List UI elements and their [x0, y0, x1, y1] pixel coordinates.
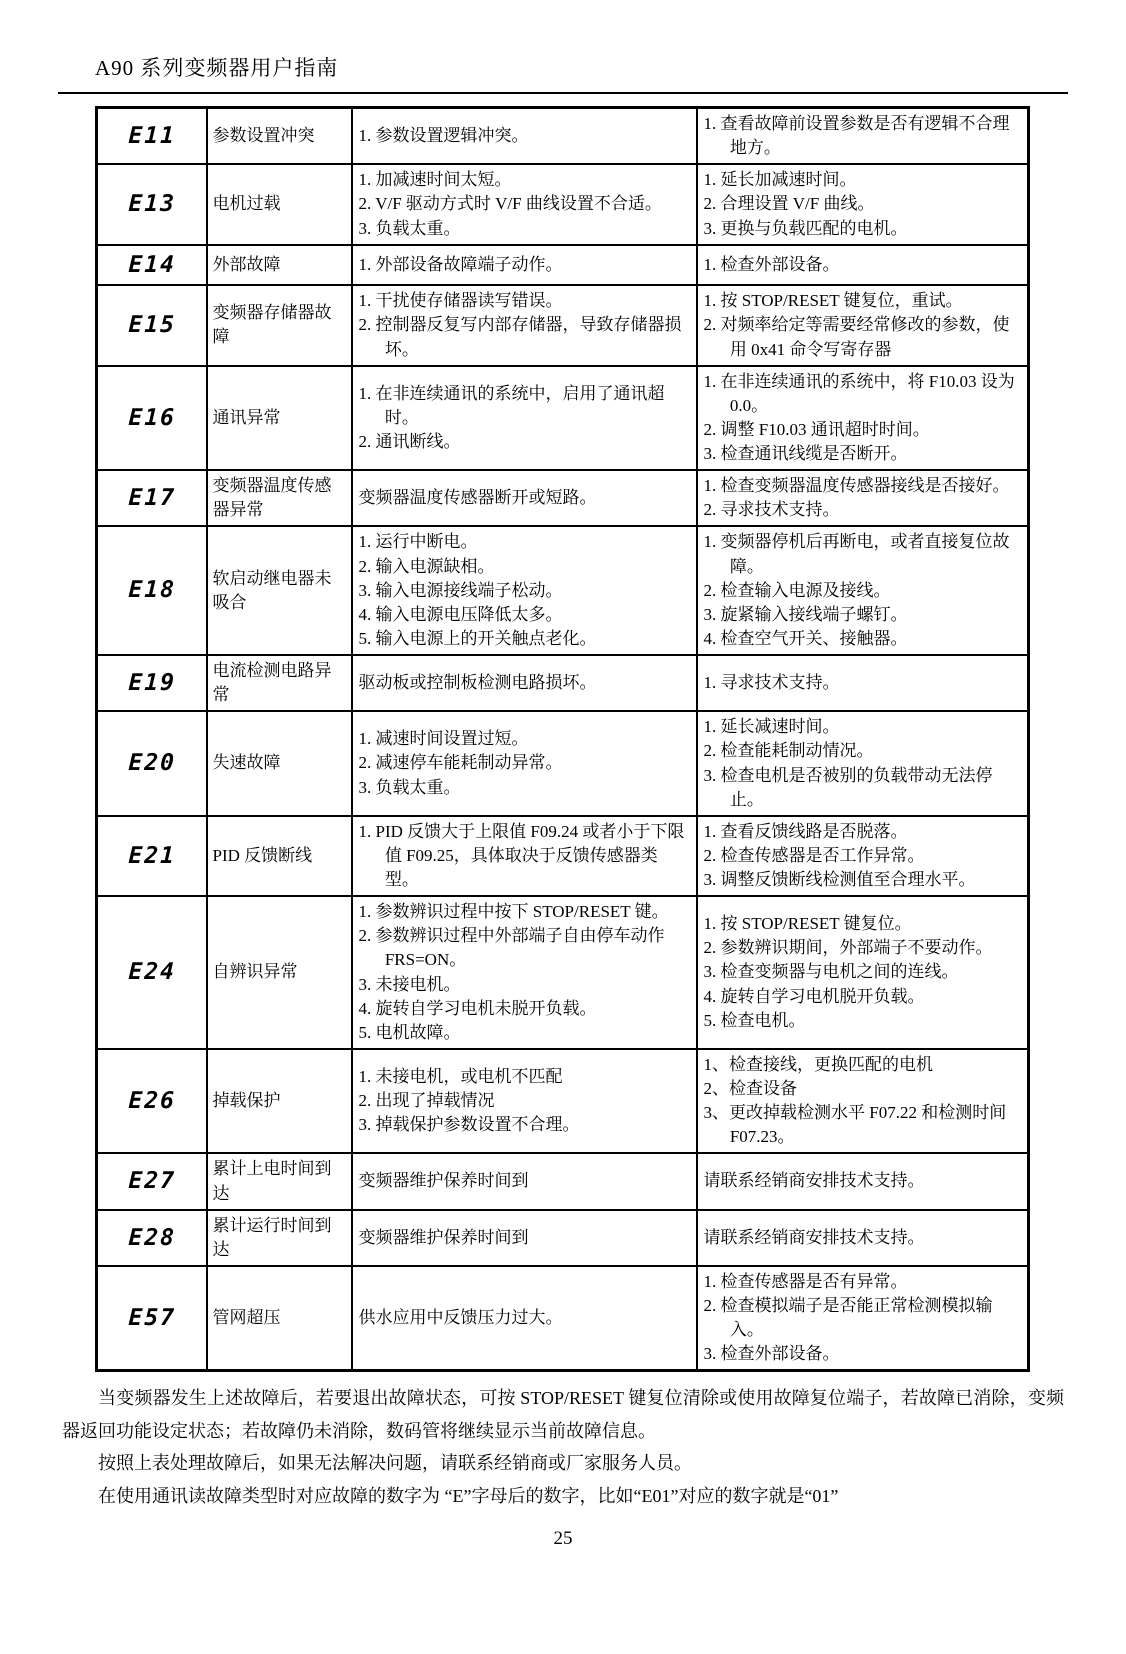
cell-line: 3. 检查电机是否被别的负载带动无法停止。 — [704, 764, 1022, 812]
page-number: 25 — [0, 1528, 1126, 1550]
fault-code: E11 — [96, 108, 208, 165]
fault-code: E21 — [95, 816, 208, 896]
fault-solution: 1. 检查传感器是否有异常。2. 检查模拟端子是否能正常检测模拟输入。3. 检查… — [697, 1266, 1029, 1371]
table-row-e57: E57 管网超压 供水应用中反馈压力过大。 1. 检查传感器是否有异常。2. 检… — [97, 1266, 1029, 1371]
cell-line: 2. 合理设置 V/F 曲线。 — [704, 192, 1022, 216]
cell-line: 1. 减速时间设置过短。 — [359, 727, 690, 751]
table-row-e18: E18 软启动继电器未吸合 1. 运行中断电。2. 输入电源缺相。3. 输入电源… — [97, 526, 1029, 655]
fault-solution: 1. 按 STOP/RESET 键复位。2. 参数辨识期间，外部端子不要动作。3… — [697, 896, 1029, 1049]
fault-cause: 1. 未接电机，或电机不匹配2. 出现了掉载情况3. 掉载保护参数设置不合理。 — [352, 1049, 697, 1154]
cell-line: 2. 参数辨识期间，外部端子不要动作。 — [704, 936, 1022, 960]
table-row-e27: E27 累计上电时间到达 变频器维护保养时间到 请联系经销商安排技术支持。 — [97, 1153, 1029, 1209]
cell-line: 1. 延长减速时间。 — [704, 715, 1022, 739]
cell-line: 3. 调整反馈断线检测值至合理水平。 — [704, 868, 1022, 892]
fault-solution: 1. 延长加减速时间。2. 合理设置 V/F 曲线。3. 更换与负载匹配的电机。 — [697, 164, 1029, 244]
cell-line: 3、更改掉载检测水平 F07.22 和检测时间 F07.23。 — [704, 1101, 1022, 1149]
cell-line: 3. 更换与负载匹配的电机。 — [704, 217, 1022, 241]
cell-line: 供水应用中反馈压力过大。 — [359, 1306, 690, 1330]
cell-line: 2. 输入电源缺相。 — [359, 555, 690, 579]
fault-cause: 1. 参数辨识过程中按下 STOP/RESET 键。2. 参数辨识过程中外部端子… — [352, 896, 697, 1049]
fault-code: E18 — [94, 526, 208, 655]
fault-code: E14 — [96, 245, 207, 286]
cell-line: 1. 参数设置逻辑冲突。 — [359, 124, 690, 148]
cell-line: 2. 控制器反复写内部存储器，导致存储器损坏。 — [359, 313, 690, 361]
cell-line: 驱动板或控制板检测电路损坏。 — [359, 671, 690, 695]
fault-name: 变频器温度传感器异常 — [207, 470, 352, 526]
cell-line: 3. 检查通讯线缆是否断开。 — [704, 442, 1022, 466]
fault-name: 通讯异常 — [207, 366, 352, 471]
cell-line: 1. 检查传感器是否有异常。 — [704, 1270, 1022, 1294]
cell-line: 5. 检查电机。 — [704, 1009, 1022, 1033]
cell-line: 1. 未接电机，或电机不匹配 — [359, 1065, 690, 1089]
cell-line: 1. 在非连续通讯的系统中，启用了通讯超时。 — [359, 382, 690, 430]
cell-line: 1. 检查外部设备。 — [704, 253, 1022, 277]
fault-cause: 1. PID 反馈大于上限值 F09.24 或者小于下限值 F09.25，具体取… — [352, 816, 697, 896]
footer-notes: 当变频器发生上述故障后，若要退出故障状态，可按 STOP/RESET 键复位清除… — [62, 1382, 1064, 1512]
cell-line: 1、检查接线，更换匹配的电机 — [704, 1053, 1022, 1077]
cell-line: 1. 变频器停机后再断电，或者直接复位故障。 — [704, 530, 1022, 578]
note-contact-dealer: 按照上表处理故障后，如果无法解决问题，请联系经销商或厂家服务人员。 — [62, 1447, 1064, 1479]
fault-name: 软启动继电器未吸合 — [207, 526, 352, 655]
fault-code: E26 — [95, 1049, 209, 1154]
fault-code: E27 — [96, 1153, 208, 1209]
cell-line: 4. 旋转自学习电机未脱开负载。 — [359, 997, 690, 1021]
fault-solution: 1. 变频器停机后再断电，或者直接复位故障。2. 检查输入电源及接线。3. 旋紧… — [697, 526, 1029, 655]
fault-solution: 1. 检查外部设备。 — [697, 245, 1029, 286]
fault-solution: 1. 查看故障前设置参数是否有逻辑不合理地方。 — [697, 108, 1029, 165]
fault-cause: 变频器温度传感器断开或短路。 — [352, 470, 697, 526]
fault-cause: 1. 干扰使存储器读写错误。2. 控制器反复写内部存储器，导致存储器损坏。 — [352, 285, 697, 365]
cell-line: 3. 负载太重。 — [359, 217, 690, 241]
fault-code: E19 — [96, 655, 208, 711]
cell-line: 3. 掉载保护参数设置不合理。 — [359, 1113, 690, 1137]
title-divider — [58, 92, 1068, 94]
cell-line: 2. 对频率给定等需要经常修改的参数，使用 0x41 命令写寄存器 — [704, 313, 1022, 361]
cell-line: 2. V/F 驱动方式时 V/F 曲线设置不合适。 — [359, 192, 690, 216]
cell-line: 2、检查设备 — [704, 1077, 1022, 1101]
fault-name: 电机过载 — [207, 164, 352, 244]
cell-line: 请联系经销商安排技术支持。 — [704, 1169, 1022, 1193]
table-row-e17: E17 变频器温度传感器异常 变频器温度传感器断开或短路。 1. 检查变频器温度… — [97, 470, 1029, 526]
cell-line: 2. 检查输入电源及接线。 — [704, 579, 1022, 603]
cell-line: 1. PID 反馈大于上限值 F09.24 或者小于下限值 F09.25，具体取… — [359, 820, 690, 892]
cell-line: 3. 检查变频器与电机之间的连线。 — [704, 960, 1022, 984]
cell-line: 1. 加减速时间太短。 — [359, 168, 690, 192]
cell-line: 2. 参数辨识过程中外部端子自由停车动作 FRS=ON。 — [359, 924, 690, 972]
fault-code: E57 — [95, 1266, 209, 1371]
cell-line: 1. 在非连续通讯的系统中，将 F10.03 设为 0.0。 — [704, 370, 1022, 418]
cell-line: 1. 按 STOP/RESET 键复位。 — [704, 912, 1022, 936]
fault-code: E13 — [95, 164, 208, 244]
cell-line: 请联系经销商安排技术支持。 — [704, 1226, 1022, 1250]
fault-code: E28 — [96, 1210, 208, 1266]
fault-cause: 变频器维护保养时间到 — [352, 1210, 697, 1266]
note-comm-fault-number: 在使用通讯读故障类型时对应故障的数字为 “E”字母后的数字，比如“E01”对应的… — [62, 1480, 1064, 1512]
fault-cause: 1. 在非连续通讯的系统中，启用了通讯超时。2. 通讯断线。 — [352, 366, 697, 471]
cell-line: 4. 输入电源电压降低太多。 — [359, 603, 690, 627]
fault-solution: 1. 寻求技术支持。 — [697, 655, 1029, 711]
fault-cause: 驱动板或控制板检测电路损坏。 — [352, 655, 697, 711]
cell-line: 1. 查看故障前设置参数是否有逻辑不合理地方。 — [704, 112, 1022, 160]
fault-cause: 变频器维护保养时间到 — [352, 1153, 697, 1209]
fault-name: 变频器存储器故障 — [207, 285, 352, 365]
fault-code: E16 — [95, 366, 209, 471]
table-row-e20: E20 失速故障 1. 减速时间设置过短。2. 减速停车能耗制动异常。3. 负载… — [97, 711, 1029, 816]
fault-cause: 1. 减速时间设置过短。2. 减速停车能耗制动异常。3. 负载太重。 — [352, 711, 697, 816]
fault-code: E20 — [95, 711, 209, 816]
document-page: A90 系列变频器用户指南 E11 参数设置冲突 1. 参数设置逻辑冲突。 1.… — [0, 0, 1126, 1654]
table-row-e21: E21 PID 反馈断线 1. PID 反馈大于上限值 F09.24 或者小于下… — [97, 816, 1029, 896]
fault-cause: 1. 加减速时间太短。2. V/F 驱动方式时 V/F 曲线设置不合适。3. 负… — [352, 164, 697, 244]
cell-line: 4. 旋转自学习电机脱开负载。 — [704, 985, 1022, 1009]
fault-name: 失速故障 — [207, 711, 352, 816]
cell-line: 1. 干扰使存储器读写错误。 — [359, 289, 690, 313]
cell-line: 3. 未接电机。 — [359, 973, 690, 997]
table-row-e26: E26 掉载保护 1. 未接电机，或电机不匹配2. 出现了掉载情况3. 掉载保护… — [97, 1049, 1029, 1154]
table-row-e11: E11 参数设置冲突 1. 参数设置逻辑冲突。 1. 查看故障前设置参数是否有逻… — [97, 108, 1029, 165]
fault-code-table: E11 参数设置冲突 1. 参数设置逻辑冲突。 1. 查看故障前设置参数是否有逻… — [95, 106, 1030, 1372]
table-row-e19: E19 电流检测电路异常 驱动板或控制板检测电路损坏。 1. 寻求技术支持。 — [97, 655, 1029, 711]
table-row-e13: E13 电机过载 1. 加减速时间太短。2. V/F 驱动方式时 V/F 曲线设… — [97, 164, 1029, 244]
fault-name: 累计运行时间到达 — [207, 1210, 352, 1266]
table-row-e28: E28 累计运行时间到达 变频器维护保养时间到 请联系经销商安排技术支持。 — [97, 1210, 1029, 1266]
cell-line: 3. 旋紧输入接线端子螺钉。 — [704, 603, 1022, 627]
cell-line: 2. 出现了掉载情况 — [359, 1089, 690, 1113]
cell-line: 2. 寻求技术支持。 — [704, 498, 1022, 522]
cell-line: 2. 检查能耗制动情况。 — [704, 739, 1022, 763]
table-row-e14: E14 外部故障 1. 外部设备故障端子动作。 1. 检查外部设备。 — [97, 245, 1029, 286]
cell-line: 1. 查看反馈线路是否脱落。 — [704, 820, 1022, 844]
fault-solution: 1、检查接线，更换匹配的电机2、检查设备3、更改掉载检测水平 F07.22 和检… — [697, 1049, 1029, 1154]
fault-name: PID 反馈断线 — [207, 816, 352, 896]
page-title: A90 系列变频器用户指南 — [95, 52, 1066, 82]
cell-line: 1. 延长加减速时间。 — [704, 168, 1022, 192]
table-row-e24: E24 自辨识异常 1. 参数辨识过程中按下 STOP/RESET 键。2. 参… — [97, 896, 1029, 1049]
fault-cause: 供水应用中反馈压力过大。 — [352, 1266, 697, 1371]
fault-solution: 1. 检查变频器温度传感器接线是否接好。2. 寻求技术支持。 — [697, 470, 1029, 526]
cell-line: 5. 输入电源上的开关触点老化。 — [359, 627, 690, 651]
fault-code: E15 — [95, 285, 208, 365]
cell-line: 1. 按 STOP/RESET 键复位，重试。 — [704, 289, 1022, 313]
cell-line: 3. 负载太重。 — [359, 776, 690, 800]
cell-line: 变频器维护保养时间到 — [359, 1226, 690, 1250]
cell-line: 1. 外部设备故障端子动作。 — [359, 253, 690, 277]
fault-name: 管网超压 — [207, 1266, 352, 1371]
cell-line: 变频器维护保养时间到 — [359, 1169, 690, 1193]
fault-code: E24 — [94, 896, 209, 1049]
fault-solution: 请联系经销商安排技术支持。 — [697, 1210, 1029, 1266]
note-reset-instructions: 当变频器发生上述故障后，若要退出故障状态，可按 STOP/RESET 键复位清除… — [62, 1382, 1064, 1447]
fault-cause: 1. 运行中断电。2. 输入电源缺相。3. 输入电源接线端子松动。4. 输入电源… — [352, 526, 697, 655]
cell-line: 1. 参数辨识过程中按下 STOP/RESET 键。 — [359, 900, 690, 924]
fault-solution: 1. 在非连续通讯的系统中，将 F10.03 设为 0.0。2. 调整 F10.… — [697, 366, 1029, 471]
cell-line: 变频器温度传感器断开或短路。 — [359, 486, 690, 510]
fault-solution: 请联系经销商安排技术支持。 — [697, 1153, 1029, 1209]
fault-cause: 1. 参数设置逻辑冲突。 — [352, 108, 697, 165]
cell-line: 2. 检查模拟端子是否能正常检测模拟输入。 — [704, 1294, 1022, 1342]
cell-line: 2. 检查传感器是否工作异常。 — [704, 844, 1022, 868]
cell-line: 2. 通讯断线。 — [359, 430, 690, 454]
table-row-e16: E16 通讯异常 1. 在非连续通讯的系统中，启用了通讯超时。2. 通讯断线。 … — [97, 366, 1029, 471]
fault-name: 累计上电时间到达 — [207, 1153, 352, 1209]
fault-name: 外部故障 — [207, 245, 352, 286]
fault-name: 自辨识异常 — [207, 896, 352, 1049]
cell-line: 5. 电机故障。 — [359, 1021, 690, 1045]
table-row-e15: E15 变频器存储器故障 1. 干扰使存储器读写错误。2. 控制器反复写内部存储… — [97, 285, 1029, 365]
fault-name: 参数设置冲突 — [207, 108, 352, 165]
cell-line: 1. 检查变频器温度传感器接线是否接好。 — [704, 474, 1022, 498]
cell-line: 3. 输入电源接线端子松动。 — [359, 579, 690, 603]
fault-solution: 1. 按 STOP/RESET 键复位，重试。2. 对频率给定等需要经常修改的参… — [697, 285, 1029, 365]
fault-code: E17 — [96, 470, 208, 526]
cell-line: 4. 检查空气开关、接触器。 — [704, 627, 1022, 651]
cell-line: 3. 检查外部设备。 — [704, 1342, 1022, 1366]
cell-line: 1. 运行中断电。 — [359, 530, 690, 554]
fault-cause: 1. 外部设备故障端子动作。 — [352, 245, 697, 286]
fault-solution: 1. 查看反馈线路是否脱落。2. 检查传感器是否工作异常。3. 调整反馈断线检测… — [697, 816, 1029, 896]
fault-name: 电流检测电路异常 — [207, 655, 352, 711]
cell-line: 2. 调整 F10.03 通讯超时时间。 — [704, 418, 1022, 442]
cell-line: 1. 寻求技术支持。 — [704, 671, 1022, 695]
cell-line: 2. 减速停车能耗制动异常。 — [359, 751, 690, 775]
fault-solution: 1. 延长减速时间。2. 检查能耗制动情况。3. 检查电机是否被别的负载带动无法… — [697, 711, 1029, 816]
fault-name: 掉载保护 — [207, 1049, 352, 1154]
